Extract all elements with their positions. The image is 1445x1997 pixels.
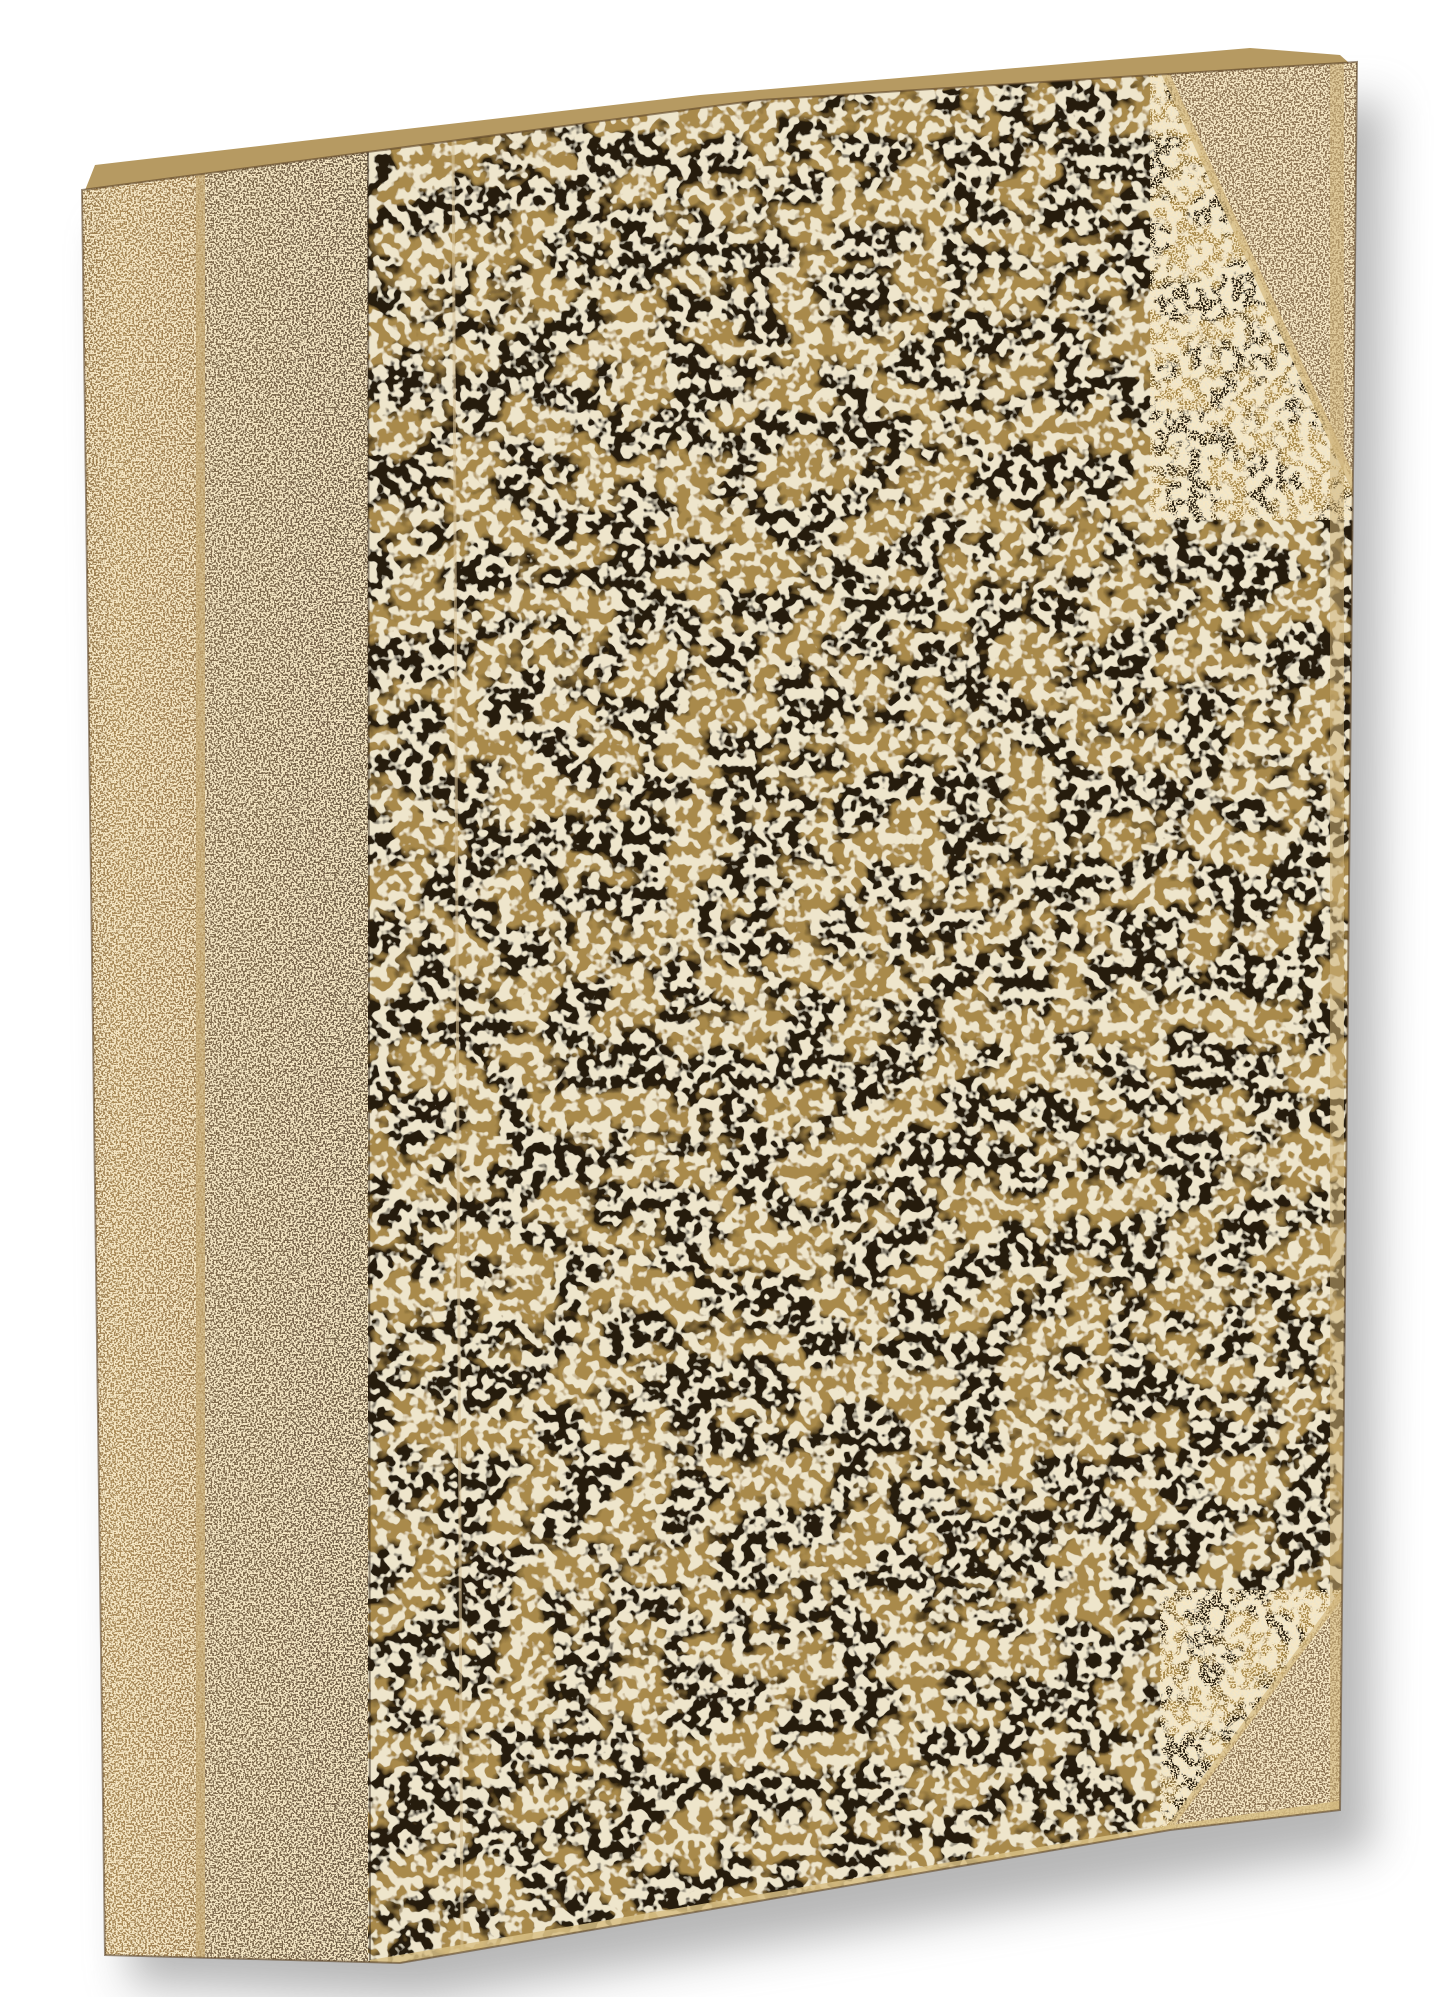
book-illustration: [0, 0, 1445, 1997]
spine-hinge: [196, 150, 206, 1980]
board-cloth-strip: [205, 100, 368, 1997]
book-photo: Photograph of an old book standing sligh…: [0, 0, 1445, 1997]
front-cover: [70, 40, 1370, 1997]
marbled-board: [360, 40, 1360, 1980]
spine-cloth: [70, 100, 205, 1997]
